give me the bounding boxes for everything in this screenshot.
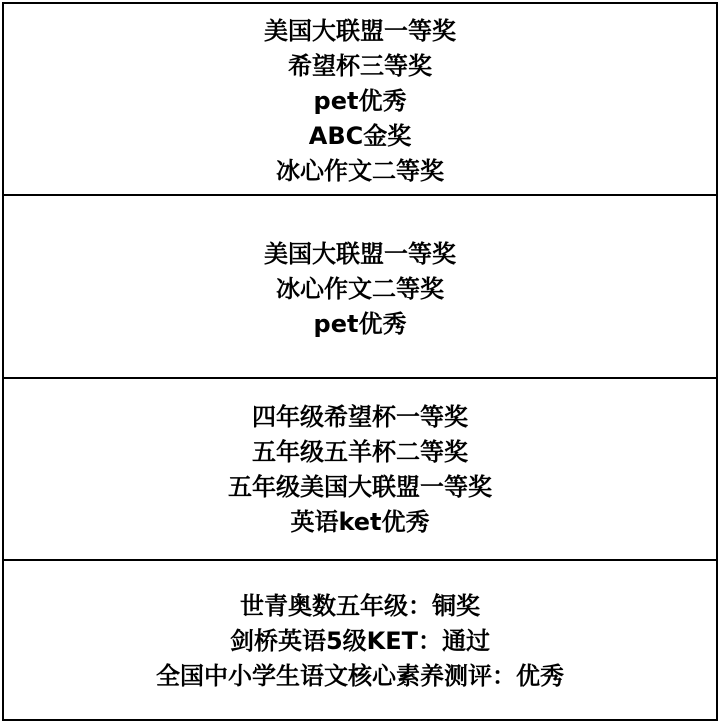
award-line: pet优秀 [4, 307, 716, 342]
award-line: ABC金奖 [4, 119, 716, 154]
award-line: 五年级五羊杯二等奖 [4, 435, 716, 470]
award-line: 世青奥数五年级：铜奖 [4, 589, 716, 624]
award-line: 全国中小学生语文核心素养测评：优秀 [4, 659, 716, 694]
awards-box-4: 世青奥数五年级：铜奖 剑桥英语5级KET：通过 全国中小学生语文核心素养测评：优… [2, 559, 718, 721]
award-line: 冰心作文二等奖 [4, 272, 716, 307]
award-line: 剑桥英语5级KET：通过 [4, 624, 716, 659]
award-line: 四年级希望杯一等奖 [4, 400, 716, 435]
award-line: 冰心作文二等奖 [4, 154, 716, 189]
awards-box-3: 四年级希望杯一等奖 五年级五羊杯二等奖 五年级美国大联盟一等奖 英语ket优秀 [2, 377, 718, 561]
award-line: 英语ket优秀 [4, 505, 716, 540]
document: 美国大联盟一等奖 希望杯三等奖 pet优秀 ABC金奖 冰心作文二等奖 美国大联… [0, 0, 723, 721]
award-line: 希望杯三等奖 [4, 49, 716, 84]
award-line: 美国大联盟一等奖 [4, 14, 716, 49]
awards-box-1: 美国大联盟一等奖 希望杯三等奖 pet优秀 ABC金奖 冰心作文二等奖 [2, 2, 718, 196]
award-line: 美国大联盟一等奖 [4, 237, 716, 272]
award-line: pet优秀 [4, 84, 716, 119]
award-line: 五年级美国大联盟一等奖 [4, 470, 716, 505]
awards-box-2: 美国大联盟一等奖 冰心作文二等奖 pet优秀 [2, 194, 718, 379]
